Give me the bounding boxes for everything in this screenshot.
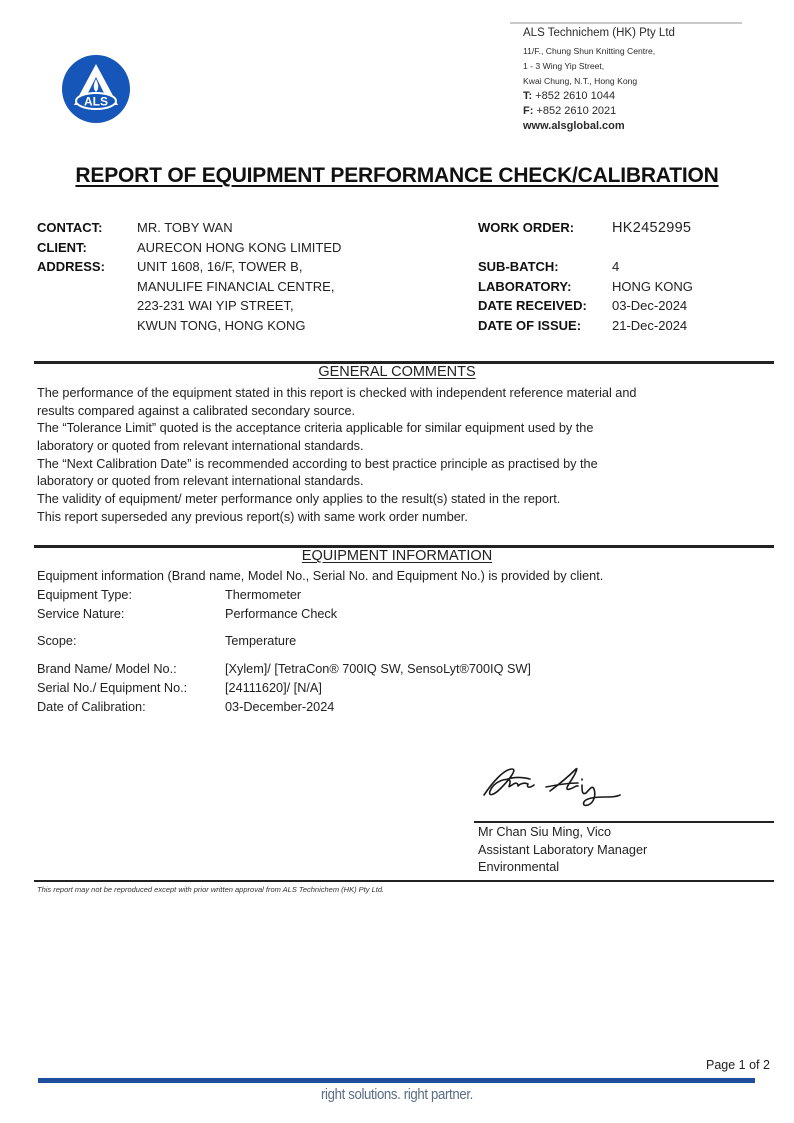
serial-equipment-row: Serial No./ Equipment No.: [24111620]/ [… <box>37 681 322 695</box>
report-title: REPORT OF EQUIPMENT PERFORMANCE CHECK/CA… <box>0 164 794 188</box>
field-value: Thermometer <box>225 588 301 602</box>
date-of-issue-value: 21-Dec-2024 <box>612 318 687 333</box>
signatory-title: Assistant Laboratory Manager <box>478 842 647 860</box>
scope-row: Scope: Temperature <box>37 634 296 648</box>
work-order-label: WORK ORDER: <box>478 220 612 235</box>
sub-batch-label: SUB-BATCH: <box>478 259 612 274</box>
address-value: UNIT 1608, 16/F, TOWER B, MANULIFE FINAN… <box>137 257 334 335</box>
address-line: KWUN TONG, HONG KONG <box>137 316 334 336</box>
equipment-information-heading: EQUIPMENT INFORMATION <box>0 548 794 564</box>
contact-label: CONTACT: <box>37 220 137 235</box>
address-line: MANULIFE FINANCIAL CENTRE, <box>137 277 334 297</box>
order-info: WORK ORDER: HK2452995 SUB-BATCH: 4 LABOR… <box>478 218 693 335</box>
brand-bar <box>38 1078 755 1083</box>
comment-line: laboratory or quoted from relevant inter… <box>37 438 636 456</box>
fax-label: F: <box>523 105 533 117</box>
company-name: ALS Technichem (HK) Pty Ltd <box>523 26 783 41</box>
service-nature-row: Service Nature: Performance Check <box>37 607 337 621</box>
signature <box>478 755 638 815</box>
signature-icon <box>478 755 638 815</box>
comment-line: This report superseded any previous repo… <box>37 509 636 527</box>
date-of-issue-row: DATE OF ISSUE: 21-Dec-2024 <box>478 316 693 336</box>
phone-value: +852 2610 1044 <box>535 90 615 102</box>
client-info: CONTACT: MR. TOBY WAN CLIENT: AURECON HO… <box>37 218 341 335</box>
address-row: ADDRESS: UNIT 1608, 16/F, TOWER B, MANUL… <box>37 257 341 335</box>
client-row: CLIENT: AURECON HONG KONG LIMITED <box>37 238 341 258</box>
field-value: 03-December-2024 <box>225 700 334 714</box>
comment-line: The validity of equipment/ meter perform… <box>37 491 636 509</box>
signatory-department: Environmental <box>478 859 647 877</box>
date-received-value: 03-Dec-2024 <box>612 298 687 313</box>
comment-line: The performance of the equipment stated … <box>37 385 636 403</box>
svg-text:ALS: ALS <box>84 95 108 109</box>
signature-line <box>474 821 774 823</box>
company-info: ALS Technichem (HK) Pty Ltd 11/F., Chung… <box>523 26 783 134</box>
tagline: right solutions. right partner. <box>48 1086 747 1103</box>
field-label: Service Nature: <box>37 607 225 621</box>
address-line: 223-231 WAI YIP STREET, <box>137 296 334 316</box>
field-label: Scope: <box>37 634 225 648</box>
address-label: ADDRESS: <box>37 257 137 277</box>
page-number: Page 1 of 2 <box>706 1058 770 1072</box>
work-order-value: HK2452995 <box>612 220 691 236</box>
company-divider <box>510 22 742 24</box>
date-received-label: DATE RECEIVED: <box>478 298 612 313</box>
company-phone: T: +852 2610 1044 <box>523 89 783 104</box>
field-value: [24111620]/ [N/A] <box>225 681 322 695</box>
company-address-line: 1 - 3 Wing Yip Street, <box>523 59 783 74</box>
field-label: Equipment Type: <box>37 588 225 602</box>
contact-value: MR. TOBY WAN <box>137 218 233 238</box>
address-line: UNIT 1608, 16/F, TOWER B, <box>137 257 334 277</box>
equipment-type-row: Equipment Type: Thermometer <box>37 588 301 602</box>
field-label: Date of Calibration: <box>37 700 225 714</box>
als-logo: ALS <box>62 55 130 123</box>
general-comments-body: The performance of the equipment stated … <box>37 385 636 527</box>
field-value: [Xylem]/ [TetraCon® 700IQ SW, SensoLyt®7… <box>225 662 531 676</box>
date-of-issue-label: DATE OF ISSUE: <box>478 318 612 333</box>
laboratory-label: LABORATORY: <box>478 279 612 294</box>
equipment-information-intro: Equipment information (Brand name, Model… <box>37 569 603 583</box>
client-value: AURECON HONG KONG LIMITED <box>137 238 341 258</box>
company-address-line: Kwai Chung, N.T., Hong Kong <box>523 74 783 89</box>
field-label: Brand Name/ Model No.: <box>37 662 225 676</box>
disclaimer: This report may not be reproduced except… <box>37 885 384 894</box>
company-website[interactable]: www.alsglobal.com <box>523 119 783 134</box>
phone-label: T: <box>523 90 532 102</box>
laboratory-row: LABORATORY: HONG KONG <box>478 277 693 297</box>
comment-line: The “Next Calibration Date” is recommend… <box>37 456 636 474</box>
field-value: Performance Check <box>225 607 337 621</box>
footer-divider <box>34 880 774 882</box>
signatory-block: Mr Chan Siu Ming, Vico Assistant Laborat… <box>478 824 647 877</box>
date-of-calibration-row: Date of Calibration: 03-December-2024 <box>37 700 334 714</box>
comment-line: results compared against a calibrated se… <box>37 403 636 421</box>
fax-value: +852 2610 2021 <box>536 105 616 117</box>
comment-line: The “Tolerance Limit” quoted is the acce… <box>37 420 636 438</box>
als-logo-icon: ALS <box>62 55 130 123</box>
sub-batch-value: 4 <box>612 259 619 274</box>
company-address-line: 11/F., Chung Shun Knitting Centre, <box>523 44 783 59</box>
signatory-name: Mr Chan Siu Ming, Vico <box>478 824 647 842</box>
date-received-row: DATE RECEIVED: 03-Dec-2024 <box>478 296 693 316</box>
client-label: CLIENT: <box>37 240 137 255</box>
comment-line: laboratory or quoted from relevant inter… <box>37 473 636 491</box>
company-fax: F: +852 2610 2021 <box>523 104 783 119</box>
brand-model-row: Brand Name/ Model No.: [Xylem]/ [TetraCo… <box>37 662 531 676</box>
laboratory-value: HONG KONG <box>612 279 693 294</box>
contact-row: CONTACT: MR. TOBY WAN <box>37 218 341 238</box>
field-value: Temperature <box>225 634 296 648</box>
work-order-row: WORK ORDER: HK2452995 <box>478 218 693 238</box>
sub-batch-row: SUB-BATCH: 4 <box>478 257 693 277</box>
field-label: Serial No./ Equipment No.: <box>37 681 225 695</box>
general-comments-heading: GENERAL COMMENTS <box>0 364 794 380</box>
